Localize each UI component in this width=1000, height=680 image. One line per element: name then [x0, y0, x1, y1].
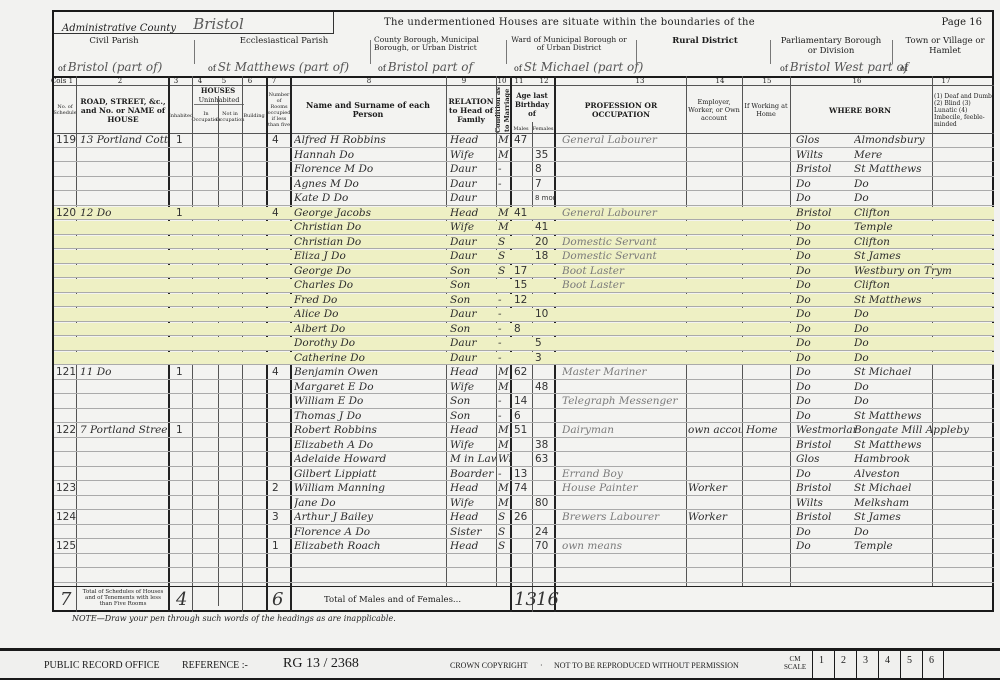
row-female-age: 20	[535, 236, 555, 249]
row-female-age: 10	[535, 308, 555, 321]
row-born-place: St Matthews	[854, 163, 984, 176]
row-male-age: 51	[514, 424, 532, 437]
row-born-place: Mere	[854, 149, 984, 162]
header-districts: Civil Parish ofBristol (part of) Ecclesi…	[54, 34, 994, 76]
civil-parish-label: Civil Parish	[54, 34, 174, 46]
eccl-parish-label: Ecclesiastical Parish	[204, 34, 364, 46]
table-row: Hannah DoWifeM35WiltsMere	[54, 149, 994, 163]
table-row: Kate D DoDaur8 monthsDoDo	[54, 192, 994, 206]
row-name: Christian Do	[294, 221, 444, 234]
row-born-county: Glos	[796, 134, 856, 147]
note-text: NOTE—Draw your pen through such words of…	[72, 614, 396, 623]
table-row: 1251Elizabeth RoachHeadS70own meansDoTem…	[54, 540, 994, 554]
row-condition: M	[498, 207, 510, 220]
table-row: 1243Arthur J BaileyHeadS26Brewers Labour…	[54, 511, 994, 525]
col-header-not-in-occupation: Not in Occupation	[218, 100, 242, 134]
row-male-age: 62	[514, 366, 532, 379]
row-born-county: Do	[796, 410, 856, 423]
row-born-county: Do	[796, 526, 856, 539]
row-condition: S	[498, 250, 510, 263]
row-name: Benjamin Owen	[294, 366, 444, 379]
row-born-county: Bristol	[796, 439, 856, 452]
row-inhabited: 1	[176, 134, 190, 147]
row-born-place: Do	[854, 395, 984, 408]
row-address: 11 Do	[80, 366, 168, 379]
row-female-age: 24	[535, 526, 555, 539]
col-header-road: ROAD, STREET, &c., and No. or NAME of HO…	[78, 86, 168, 134]
row-female-age: 8	[535, 163, 555, 176]
row-born-county: Do	[796, 308, 856, 321]
row-name: George Jacobs	[294, 207, 444, 220]
col-num: 11	[515, 77, 524, 85]
copyright-label: CROWN COPYRIGHT	[450, 661, 528, 670]
row-occupation: Dairyman	[562, 424, 686, 437]
row-occupation: Telegraph Messenger	[562, 395, 686, 408]
row-male-age: 17	[514, 265, 532, 278]
row-born-place: St James	[854, 511, 984, 524]
row-male-age: 26	[514, 511, 532, 524]
divider	[194, 40, 195, 64]
row-relation: Head	[450, 511, 496, 524]
row-born-county: Bristol	[796, 511, 856, 524]
row-rooms: 1	[272, 540, 288, 553]
row-relation: Son	[450, 265, 496, 278]
row-relation: Daur	[450, 236, 496, 249]
row-name: Alfred H Robbins	[294, 134, 444, 147]
row-born-place: Clifton	[854, 279, 984, 292]
col-num: 17	[942, 77, 951, 85]
col-header-in-occupation: In Occupation	[194, 100, 218, 134]
row-employer: own account	[688, 424, 742, 437]
row-inhabited: 1	[176, 366, 190, 379]
town-field: of	[900, 60, 910, 74]
row-relation: Daur	[450, 308, 496, 321]
row-name: Thomas J Do	[294, 410, 444, 423]
row-born-county: Bristol	[796, 207, 856, 220]
admin-county-label: Administrative County	[62, 23, 176, 34]
row-born-county: Glos	[796, 453, 856, 466]
row-name: Kate D Do	[294, 192, 444, 205]
civil-parish: Civil Parish ofBristol (part of)	[54, 34, 174, 76]
row-rooms: 4	[272, 134, 288, 147]
row-condition: -	[498, 337, 510, 350]
row-female-age: 5	[535, 337, 555, 350]
row-occupation: House Painter	[562, 482, 686, 495]
of-label: of	[58, 64, 66, 73]
col-header-inhabited: Inhabited	[170, 98, 192, 134]
row-born-place: Alveston	[854, 468, 984, 481]
row-occupation: Brewers Labourer	[562, 511, 686, 524]
divider	[506, 40, 507, 64]
row-schedule-no: 122	[56, 424, 76, 437]
row-born-place: St James	[854, 250, 984, 263]
table-row: Albert DoSon-8DoDo	[54, 323, 994, 337]
table-row: William E DoSon-14Telegraph MessengerDoD…	[54, 395, 994, 409]
row-schedule-no: 124	[56, 511, 76, 524]
males-total: 13	[514, 589, 537, 610]
row-male-age: 14	[514, 395, 532, 408]
col-header-infirmity: (1) Deaf and Dumb (2) Blind (3) Lunatic …	[934, 86, 994, 134]
row-name: Hannah Do	[294, 149, 444, 162]
row-name: Adelaide Howard	[294, 453, 444, 466]
col-num: 5	[222, 77, 226, 85]
row-condition: S	[498, 540, 510, 553]
col-header-schedule: No. of Schedule	[54, 86, 76, 134]
row-male-age: 8	[514, 323, 532, 336]
col-header-females: Females	[532, 124, 554, 134]
row-relation: Son	[450, 395, 496, 408]
eccl-parish-field: ofSt Matthews (part of)	[208, 60, 349, 74]
cm-scale-label: CM SCALE	[784, 655, 806, 671]
row-relation: Daur	[450, 163, 496, 176]
scale-cell: 6	[922, 651, 944, 679]
table-row: 1227 Portland Street1Robert RobbinsHeadM…	[54, 424, 994, 438]
row-born-place: Bongate Mill Appleby	[854, 424, 984, 437]
table-row: Alice DoDaur-10DoDo	[54, 308, 994, 322]
reference-value: RG 13 / 2368	[283, 656, 359, 672]
divider	[636, 40, 637, 64]
row-relation: Son	[450, 294, 496, 307]
row-schedule-no: 121	[56, 366, 76, 379]
col-header-where-born: WHERE BORN	[790, 86, 930, 134]
row-employer: Worker	[688, 511, 742, 524]
row-name: William Manning	[294, 482, 444, 495]
table-row: Thomas J DoSon-6DoSt Matthews	[54, 410, 994, 424]
row-born-place: Do	[854, 352, 984, 365]
of-label: of	[900, 64, 908, 73]
row-name: Fred Do	[294, 294, 444, 307]
table-row	[54, 569, 994, 583]
row-relation: M in Law	[450, 453, 496, 466]
row-born-county: Do	[796, 192, 856, 205]
page-number: Page 16	[942, 17, 982, 28]
row-relation: Boarder	[450, 468, 496, 481]
row-occupation: Master Mariner	[562, 366, 686, 379]
table-row: Charles DoSon15Boot LasterDoClifton	[54, 279, 994, 293]
row-born-place: Hambrook	[854, 453, 984, 466]
table-row: Catherine DoDaur-3DoDo	[54, 352, 994, 366]
females-total: 16	[536, 589, 559, 610]
row-condition: -	[498, 308, 510, 321]
divider	[770, 40, 771, 64]
parliamentary-value: Bristol West part of	[790, 60, 908, 74]
ward-label: Ward of Municipal Borough or of Urban Di…	[510, 34, 628, 52]
table-row: Jane DoWifeM80WiltsMelksham	[54, 497, 994, 511]
row-inhabited: 1	[176, 424, 190, 437]
males-females-label: Total of Males and of Females...	[324, 595, 461, 605]
table-row: 12012 Do14George JacobsHeadM41General La…	[54, 207, 994, 221]
col-num: 10	[498, 77, 507, 85]
eccl-parish-value: St Matthews (part of)	[218, 60, 349, 74]
row-relation: Head	[450, 424, 496, 437]
parliamentary-borough: Parliamentary Borough or Division ofBris…	[776, 34, 886, 76]
row-condition: S	[498, 265, 510, 278]
column-numbers: Cols 1 2 3 4 5 6 7 8 9 10 11 12 13 14 15…	[54, 76, 994, 86]
row-born-place: Temple	[854, 540, 984, 553]
row-condition: S	[498, 526, 510, 539]
row-inhabited: 1	[176, 207, 190, 220]
county-borough-field: ofBristol part of	[378, 60, 473, 74]
row-born-place: St Michael	[854, 482, 984, 495]
of-label: of	[208, 64, 216, 73]
row-name: Albert Do	[294, 323, 444, 336]
row-name: Robert Robbins	[294, 424, 444, 437]
scale-cell: 2	[834, 651, 856, 679]
row-name: Margaret E Do	[294, 381, 444, 394]
divider	[370, 40, 371, 64]
row-name: Florence M Do	[294, 163, 444, 176]
row-male-age: 13	[514, 468, 532, 481]
row-relation: Head	[450, 134, 496, 147]
table-row: Dorothy DoDaur-5DoDo	[54, 337, 994, 351]
col-num: 4	[198, 77, 202, 85]
row-relation: Head	[450, 540, 496, 553]
row-born-place: Almondsbury	[854, 134, 984, 147]
row-born-county: Do	[796, 468, 856, 481]
row-born-place: Do	[854, 178, 984, 191]
table-row: Florence A DoSisterS24DoDo	[54, 526, 994, 540]
col-header-employer: Employer, Worker, or Own account	[686, 86, 742, 134]
row-name: Agnes M Do	[294, 178, 444, 191]
row-name: Florence A Do	[294, 526, 444, 539]
schedules-total: 7	[60, 589, 71, 610]
row-male-age: 15	[514, 279, 532, 292]
col-num: 15	[763, 77, 772, 85]
row-born-place: Do	[854, 323, 984, 336]
row-condition: -	[498, 163, 510, 176]
row-female-age: 80	[535, 497, 555, 510]
row-female-age: 8 months	[535, 192, 555, 205]
row-name: Catherine Do	[294, 352, 444, 365]
row-schedule-no: 119	[56, 134, 76, 147]
county-borough-value: Bristol part of	[388, 60, 473, 74]
row-relation: Head	[450, 366, 496, 379]
row-born-county: Do	[796, 381, 856, 394]
row-born-place: Do	[854, 308, 984, 321]
table-row: Agnes M DoDaur-7DoDo	[54, 178, 994, 192]
row-name: Charles Do	[294, 279, 444, 292]
col-num: 13	[636, 77, 645, 85]
row-condition: -	[498, 178, 510, 191]
row-name: Jane Do	[294, 497, 444, 510]
row-working-home: Home	[746, 424, 790, 437]
row-schedule-no: 125	[56, 540, 76, 553]
row-born-place: Clifton	[854, 207, 984, 220]
row-condition: M	[498, 134, 510, 147]
inhabited-total: 4	[176, 589, 187, 610]
col-header-age: Age last Birthday of	[510, 86, 554, 122]
row-born-place: Melksham	[854, 497, 984, 510]
row-born-county: Do	[796, 178, 856, 191]
record-footer: PUBLIC RECORD OFFICE REFERENCE :- RG 13 …	[0, 648, 1000, 680]
row-relation: Son	[450, 279, 496, 292]
row-born-county: Wilts	[796, 497, 856, 510]
col-num: 14	[716, 77, 725, 85]
row-female-age: 41	[535, 221, 555, 234]
row-name: Arthur J Bailey	[294, 511, 444, 524]
table-row: Florence M DoDaur-8BristolSt Matthews	[54, 163, 994, 177]
row-female-age: 63	[535, 453, 555, 466]
col-header-condition: Condition as to Marriage	[496, 86, 510, 134]
row-occupation: Boot Laster	[562, 279, 686, 292]
row-condition: M	[498, 424, 510, 437]
row-relation: Sister	[450, 526, 496, 539]
row-relation: Wife	[450, 381, 496, 394]
row-name: Eliza J Do	[294, 250, 444, 263]
row-born-county: Do	[796, 265, 856, 278]
table-row: Christian DoWifeM41DoTemple	[54, 221, 994, 235]
row-born-county: Do	[796, 294, 856, 307]
col-header-males: Males	[510, 124, 532, 134]
census-sheet: Administrative County Bristol The underm…	[52, 10, 994, 630]
row-born-county: Do	[796, 279, 856, 292]
ward-field: ofSt Michael (part of)	[514, 60, 643, 74]
row-condition: -	[498, 352, 510, 365]
row-male-age: 74	[514, 482, 532, 495]
county-borough: County Borough, Municipal Borough, or Ur…	[374, 34, 502, 76]
ecclesiastical-parish: Ecclesiastical Parish ofSt Matthews (par…	[204, 34, 364, 76]
col-num: 2	[118, 77, 122, 85]
row-relation: Son	[450, 323, 496, 336]
row-relation: Daur	[450, 250, 496, 263]
table-row: Fred DoSon-12DoSt Matthews	[54, 294, 994, 308]
col-num: 7	[272, 77, 276, 85]
row-rooms: 2	[272, 482, 288, 495]
row-relation: Son	[450, 410, 496, 423]
row-occupation: General Labourer	[562, 134, 686, 147]
col-header-building: Building	[242, 98, 266, 134]
administrative-county: Administrative County Bristol	[54, 12, 334, 34]
row-name: Dorothy Do	[294, 337, 444, 350]
uninhabited-group-label: Uninhabited	[194, 96, 244, 105]
col-header-rooms: Number of Rooms occupied if less than fi…	[268, 86, 290, 134]
row-female-age: 38	[535, 439, 555, 452]
rooms-total: 6	[272, 589, 283, 610]
row-condition: M	[498, 482, 510, 495]
row-born-place: St Matthews	[854, 410, 984, 423]
row-name: Christian Do	[294, 236, 444, 249]
reference-label: REFERENCE :-	[182, 660, 248, 671]
row-occupation: Domestic Servant	[562, 250, 686, 263]
header-top: Administrative County Bristol The underm…	[54, 12, 994, 34]
admin-county-value: Bristol	[193, 15, 244, 33]
office-label: PUBLIC RECORD OFFICE	[44, 660, 160, 671]
row-born-place: St Matthews	[854, 294, 984, 307]
rural-district: Rural District	[640, 34, 770, 76]
parliamentary-label: Parliamentary Borough or Division	[776, 34, 886, 56]
row-occupation: General Labourer	[562, 207, 686, 220]
ward: Ward of Municipal Borough or of Urban Di…	[510, 34, 628, 76]
row-born-county: Do	[796, 236, 856, 249]
of-label: of	[780, 64, 788, 73]
row-name: Alice Do	[294, 308, 444, 321]
parliamentary-field: ofBristol West part of	[780, 60, 908, 74]
col-num: 8	[367, 77, 371, 85]
totals-row: 7 Total of Schedules of Houses and of Te…	[54, 586, 994, 612]
table-row: 11913 Portland Cottages14Alfred H Robbin…	[54, 134, 994, 148]
row-born-county: Do	[796, 323, 856, 336]
ward-value: St Michael (part of)	[524, 60, 644, 74]
row-condition: M	[498, 221, 510, 234]
row-condition: M	[498, 497, 510, 510]
col-header-name: Name and Surname of each Person	[290, 86, 446, 134]
row-condition: M	[498, 366, 510, 379]
col-header-relation: RELATION to Head of Family	[446, 86, 496, 134]
row-name: William E Do	[294, 395, 444, 408]
row-born-county: Westmorland	[796, 424, 856, 437]
table-row: Adelaide HowardM in LawWid63GlosHambrook	[54, 453, 994, 467]
row-female-age: 48	[535, 381, 555, 394]
row-condition: M	[498, 439, 510, 452]
row-born-place: Clifton	[854, 236, 984, 249]
row-born-county: Do	[796, 337, 856, 350]
row-schedule-no: 123	[56, 482, 76, 495]
row-born-county: Do	[796, 366, 856, 379]
scale-cell: 3	[856, 651, 878, 679]
rural-district-label: Rural District	[640, 34, 770, 46]
civil-parish-value: Bristol (part of)	[68, 60, 163, 74]
row-rooms: 4	[272, 366, 288, 379]
row-occupation: Boot Laster	[562, 265, 686, 278]
row-born-county: Bristol	[796, 163, 856, 176]
row-male-age: 6	[514, 410, 532, 423]
row-male-age: 41	[514, 207, 532, 220]
civil-parish-field: ofBristol (part of)	[58, 60, 162, 74]
row-rooms: 3	[272, 511, 288, 524]
row-born-place: Do	[854, 337, 984, 350]
row-occupation: own means	[562, 540, 686, 553]
col-header-working-home: If Working at Home	[742, 86, 790, 134]
row-name: George Do	[294, 265, 444, 278]
row-condition: M	[498, 149, 510, 162]
row-condition: S	[498, 236, 510, 249]
row-employer: Worker	[688, 482, 742, 495]
row-born-county: Do	[796, 352, 856, 365]
col-num: 16	[853, 77, 862, 85]
row-relation: Wife	[450, 221, 496, 234]
table-row: Christian DoDaurS20Domestic ServantDoCli…	[54, 236, 994, 250]
row-relation: Daur	[450, 352, 496, 365]
table-row: 1232William ManningHeadM74House PainterW…	[54, 482, 994, 496]
table-row: Elizabeth A DoWifeM38BristolSt Matthews	[54, 439, 994, 453]
row-born-county: Do	[796, 221, 856, 234]
scale-cell: 1	[812, 651, 834, 679]
row-born-county: Do	[796, 250, 856, 263]
row-born-place: Do	[854, 526, 984, 539]
row-relation: Head	[450, 482, 496, 495]
county-borough-label: County Borough, Municipal Borough, or Ur…	[374, 34, 502, 52]
row-rooms: 4	[272, 207, 288, 220]
town-village: Town or Village or Hamlet of	[896, 34, 994, 76]
row-relation: Daur	[450, 337, 496, 350]
row-relation: Wife	[450, 439, 496, 452]
row-born-place: Do	[854, 381, 984, 394]
row-female-age: 7	[535, 178, 555, 191]
row-born-place: Westbury on Trym	[854, 265, 984, 278]
row-condition: -	[498, 410, 510, 423]
row-name: Elizabeth Roach	[294, 540, 444, 553]
row-relation: Wife	[450, 149, 496, 162]
col-num: 3	[174, 77, 178, 85]
row-female-age: 18	[535, 250, 555, 263]
table-row: George DoSonS17Boot LasterDoWestbury on …	[54, 265, 994, 279]
row-relation: Daur	[450, 192, 496, 205]
table-row: Gilbert LippiattBoarder-13Errand BoyDoAl…	[54, 468, 994, 482]
row-born-county: Do	[796, 395, 856, 408]
scale-cell: 5	[900, 651, 922, 679]
row-relation: Daur	[450, 178, 496, 191]
permission-label: NOT TO BE REPRODUCED WITHOUT PERMISSION	[554, 661, 739, 670]
